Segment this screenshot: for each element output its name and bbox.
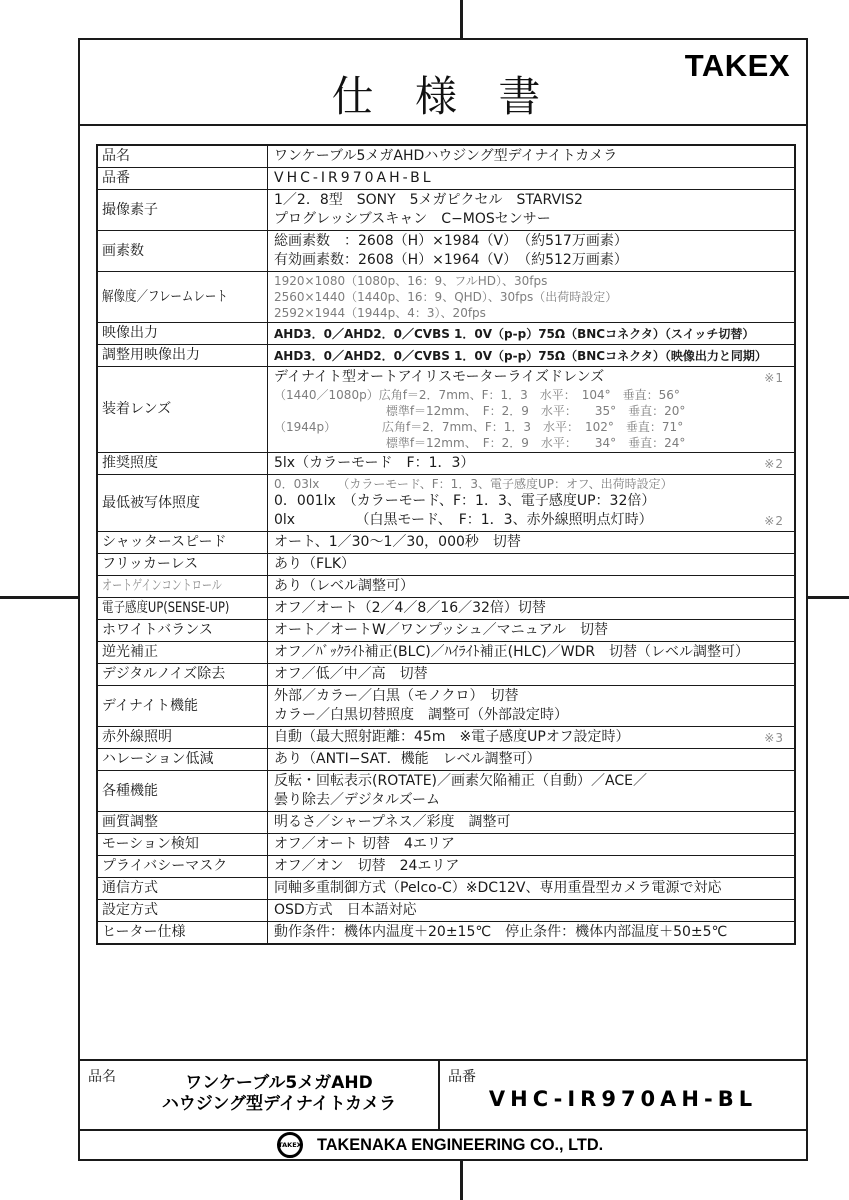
crop-mark-bottom	[460, 1159, 463, 1200]
spec-value-line: 1／2．8型 SONY 5メガピクセル STARVIS2	[274, 191, 788, 210]
spec-label: シャッタースピード	[102, 533, 226, 552]
spec-label: デジタルノイズ除去	[102, 665, 225, 684]
spec-value-line: 標準f＝12mm、 F：2．9 水平： 34° 垂直：24°	[274, 435, 788, 451]
document-page: 仕 様 書 TAKEX 品名ワンケーブル5メガAHDハウジング型デイナイトカメラ…	[78, 38, 808, 1161]
spec-value-line: あり（ANTI−SAT．機能 レベル調整可）	[274, 750, 788, 769]
spec-value-line: オート、1／30～1／30，000秒 切替	[274, 533, 788, 552]
spec-label: 品番	[102, 169, 130, 188]
spec-value-line: 同軸多重制御方式（Pelco-C）※DC12V、専用重畳型カメラ電源で対応	[274, 879, 788, 898]
footer-model-cell: 品番 VHC-IR970AH-BL	[440, 1061, 806, 1129]
spec-value-line: 2592×1944（1944p、4：3）、20fps	[274, 305, 788, 321]
footer-model-label: 品番	[448, 1066, 476, 1086]
spec-value-line: オフ／オート 切替 4エリア	[274, 835, 788, 854]
spec-row: プライバシーマスクオフ／オン 切替 24エリア	[98, 856, 794, 878]
spec-row: ハレーション低減あり（ANTI−SAT．機能 レベル調整可）	[98, 749, 794, 771]
spec-row: 推奨照度5lx（カラーモード F：1．3）※2	[98, 453, 794, 475]
spec-row: オートゲインコントロールあり（レベル調整可）	[98, 576, 794, 598]
spec-row: 調整用映像出力AHD3．0／AHD2．0／CVBS 1．0V（p-p）75Ω（B…	[98, 345, 794, 367]
footnote-mark: ※2	[764, 455, 784, 474]
spec-value-line: 自動（最大照射距離：45m ※電子感度UPオフ設定時）※3	[274, 728, 788, 747]
spec-value-line: オフ／ﾊﾞｯｸﾗｲﾄ補正(BLC)／ﾊｲﾗｲﾄ補正(HLC)／WDR 切替（レベ…	[274, 643, 788, 662]
spec-row: 最低被写体照度0．03lx （カラーモード、F：1．3、電子感度UP：オフ、出荷…	[98, 475, 794, 532]
footnote-mark: ※3	[764, 729, 784, 748]
spec-label: 画質調整	[102, 813, 158, 832]
spec-label: オートゲインコントロール	[102, 577, 222, 596]
spec-value-line: VHC-IR970AH-BL	[274, 169, 788, 188]
spec-label: プライバシーマスク	[102, 857, 227, 876]
spec-value-line: 曇り除去／デジタルズーム	[274, 791, 788, 810]
document-header: 仕 様 書 TAKEX	[80, 40, 806, 126]
spec-label: 各種機能	[102, 782, 158, 801]
spec-row: 電子感度UP(SENSE-UP)オフ／オート（2／4／8／16／32倍）切替	[98, 598, 794, 620]
spec-label: 撮像素子	[102, 201, 158, 220]
spec-value-line: 明るさ／シャープネス／彩度 調整可	[274, 813, 788, 832]
spec-label: 赤外線照明	[102, 728, 172, 747]
spec-row: 通信方式同軸多重制御方式（Pelco-C）※DC12V、専用重畳型カメラ電源で対…	[98, 878, 794, 900]
footnote-mark: ※1	[764, 369, 784, 388]
footer-table: 品名 ワンケーブル5メガAHD ハウジング型デイナイトカメラ 品番 VHC-IR…	[80, 1059, 806, 1129]
spec-table: 品名ワンケーブル5メガAHDハウジング型デイナイトカメラ品番VHC-IR970A…	[96, 144, 796, 945]
spec-row: 品名ワンケーブル5メガAHDハウジング型デイナイトカメラ	[98, 146, 794, 168]
spec-value-line: AHD3．0／AHD2．0／CVBS 1．0V（p-p）75Ω（BNCコネクタ）…	[274, 348, 788, 364]
spec-label: 映像出力	[102, 324, 158, 343]
spec-row: 設定方式OSD方式 日本語対応	[98, 900, 794, 922]
spec-label: モーション検知	[102, 835, 199, 854]
spec-row: 映像出力AHD3．0／AHD2．0／CVBS 1．0V（p-p）75Ω（BNCコ…	[98, 323, 794, 345]
spec-row: ヒーター仕様動作条件：機体内温度＋20±15℃ 停止条件：機体内部温度＋50±5…	[98, 922, 794, 943]
spec-value-line: AHD3．0／AHD2．0／CVBS 1．0V（p-p）75Ω（BNCコネクタ）…	[274, 326, 788, 342]
spec-row: 画質調整明るさ／シャープネス／彩度 調整可	[98, 812, 794, 834]
spec-row: シャッタースピードオート、1／30～1／30，000秒 切替	[98, 532, 794, 554]
spec-value-line: オフ／低／中／高 切替	[274, 665, 788, 684]
crop-mark-top	[460, 0, 463, 40]
spec-row: デイナイト機能外部／カラー／白黒（モノクロ） 切替カラー／白黒切替照度 調整可（…	[98, 686, 794, 727]
spec-value-line: 0．001lx （カラーモード、F：1．3、電子感度UP：32倍）	[274, 492, 788, 511]
footer-product-name-line2: ハウジング型デイナイトカメラ	[120, 1094, 438, 1115]
spec-value-line: OSD方式 日本語対応	[274, 901, 788, 920]
spec-row: 画素数総画素数 ：2608（H）×1984（V） （約517万画素）有効画素数：…	[98, 231, 794, 272]
spec-label: 調整用映像出力	[102, 346, 200, 365]
spec-value-line: あり（FLK）	[274, 555, 788, 574]
spec-row: モーション検知オフ／オート 切替 4エリア	[98, 834, 794, 856]
spec-value-line: 1920×1080（1080p、16：9、フルHD）、30fps	[274, 273, 788, 289]
document-footer: 品名 ワンケーブル5メガAHD ハウジング型デイナイトカメラ 品番 VHC-IR…	[80, 1059, 806, 1159]
spec-row: 赤外線照明自動（最大照射距離：45m ※電子感度UPオフ設定時）※3	[98, 727, 794, 749]
footer-product-name-value: ワンケーブル5メガAHD ハウジング型デイナイトカメラ	[80, 1061, 438, 1115]
spec-label: 推奨照度	[102, 454, 158, 473]
spec-value-line: 0lx （白黒モード、 F：1．3、赤外線照明点灯時）※2	[274, 511, 788, 530]
takex-logo-text: TAKEX	[685, 48, 790, 84]
spec-row: 装着レンズデイナイト型オートアイリスモーターライズドレンズ※1（1440／108…	[98, 367, 794, 453]
spec-label: 解像度／フレームレート	[102, 288, 228, 307]
spec-row: 品番VHC-IR970AH-BL	[98, 168, 794, 190]
spec-value-line: 標準f＝12mm、 F：2．9 水平： 35° 垂直：20°	[274, 403, 788, 419]
spec-label: フリッカーレス	[102, 555, 198, 574]
spec-row: 撮像素子1／2．8型 SONY 5メガピクセル STARVIS2プログレッシブス…	[98, 190, 794, 231]
spec-label: ヒーター仕様	[102, 923, 185, 942]
footer-product-name-cell: 品名 ワンケーブル5メガAHD ハウジング型デイナイトカメラ	[80, 1061, 440, 1129]
spec-value-line: 2560×1440（1440p、16：9、QHD）、30fps（出荷時設定）	[274, 289, 788, 305]
spec-value-line: （1440／1080p）広角f＝2．7mm、F：1．3 水平： 104° 垂直：…	[274, 387, 788, 403]
spec-row: 解像度／フレームレート1920×1080（1080p、16：9、フルHD）、30…	[98, 272, 794, 323]
spec-value-line: 動作条件：機体内温度＋20±15℃ 停止条件：機体内部温度＋50±5℃	[274, 923, 788, 942]
crop-mark-left	[0, 596, 80, 599]
crop-mark-right	[806, 596, 849, 599]
footer-product-name-label: 品名	[88, 1066, 116, 1086]
spec-value-line: 有効画素数：2608（H）×1964（V） （約512万画素）	[274, 251, 788, 270]
spec-value-line: オフ／オート（2／4／8／16／32倍）切替	[274, 599, 788, 618]
spec-value-line: オフ／オン 切替 24エリア	[274, 857, 788, 876]
spec-row: デジタルノイズ除去オフ／低／中／高 切替	[98, 664, 794, 686]
spec-value-line: あり（レベル調整可）	[274, 577, 788, 596]
spec-label: 通信方式	[102, 879, 158, 898]
spec-label: 設定方式	[102, 901, 158, 920]
spec-value-line: デイナイト型オートアイリスモーターライズドレンズ※1	[274, 368, 788, 387]
spec-row: 逆光補正オフ／ﾊﾞｯｸﾗｲﾄ補正(BLC)／ﾊｲﾗｲﾄ補正(HLC)／WDR 切…	[98, 642, 794, 664]
spec-label: 逆光補正	[102, 643, 158, 662]
spec-label: 最低被写体照度	[102, 494, 200, 513]
spec-row: 各種機能反転・回転表示(ROTATE)／画素欠陥補正（自動）／ACE／曇り除去／…	[98, 771, 794, 812]
spec-label: 品名	[102, 147, 130, 166]
takex-circle-logo-icon: TAKEX	[277, 1132, 303, 1158]
spec-value-line: オート／オートW／ワンプッシュ／マニュアル 切替	[274, 621, 788, 640]
spec-value-line: 5lx（カラーモード F：1．3）※2	[274, 454, 788, 473]
footnote-mark: ※2	[764, 512, 784, 531]
spec-label: ハレーション低減	[102, 750, 213, 769]
spec-label: 電子感度UP(SENSE-UP)	[102, 599, 229, 618]
company-name: TAKENAKA ENGINEERING CO., LTD.	[317, 1135, 603, 1155]
spec-value-line: ワンケーブル5メガAHDハウジング型デイナイトカメラ	[274, 147, 788, 166]
spec-value-line: 外部／カラー／白黒（モノクロ） 切替	[274, 687, 788, 706]
spec-label: 画素数	[102, 242, 144, 261]
spec-label: ホワイトバランス	[102, 621, 213, 640]
spec-label: デイナイト機能	[102, 697, 198, 716]
spec-value-line: 総画素数 ：2608（H）×1984（V） （約517万画素）	[274, 232, 788, 251]
spec-value-line: （1944p） 広角f＝2．7mm、F：1．3 水平： 102° 垂直：71°	[274, 419, 788, 435]
spec-row: ホワイトバランスオート／オートW／ワンプッシュ／マニュアル 切替	[98, 620, 794, 642]
spec-value-line: プログレッシブスキャン C−MOSセンサー	[274, 210, 788, 229]
company-bar: TAKEX TAKENAKA ENGINEERING CO., LTD.	[80, 1129, 806, 1159]
spec-row: フリッカーレスあり（FLK）	[98, 554, 794, 576]
spec-value-line: カラー／白黒切替照度 調整可（外部設定時）	[274, 706, 788, 725]
spec-value-line: 反転・回転表示(ROTATE)／画素欠陥補正（自動）／ACE／	[274, 772, 788, 791]
footer-product-name-line1: ワンケーブル5メガAHD	[120, 1073, 438, 1094]
spec-label: 装着レンズ	[102, 400, 171, 419]
spec-value-line: 0．03lx （カラーモード、F：1．3、電子感度UP：オフ、出荷時設定）	[274, 476, 788, 492]
footer-model-value: VHC-IR970AH-BL	[440, 1061, 806, 1111]
